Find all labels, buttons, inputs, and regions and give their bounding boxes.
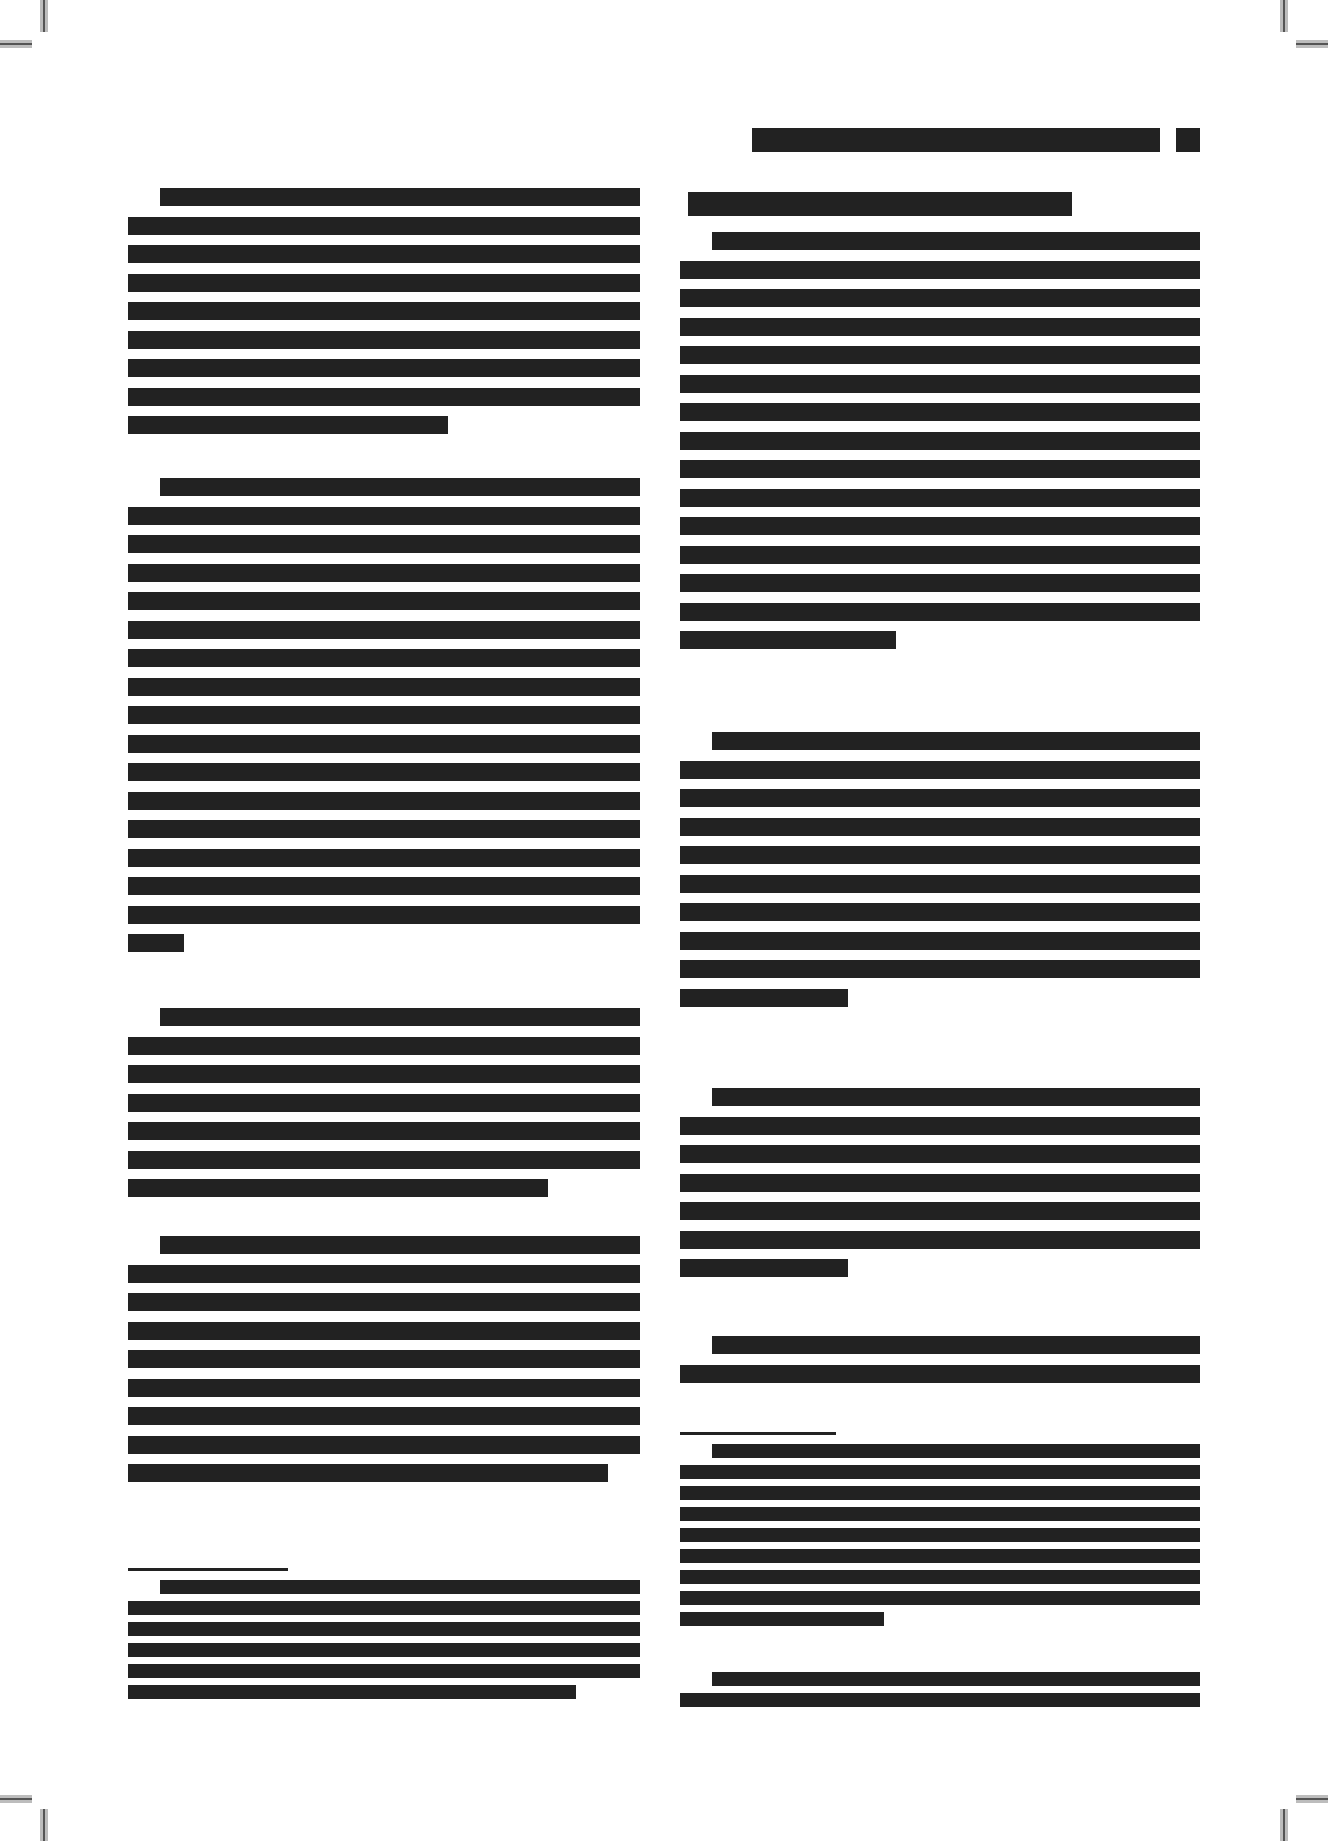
- redacted-text-line: [128, 906, 640, 924]
- redacted-text-line: [128, 1685, 576, 1699]
- redacted-text-line: [712, 232, 1200, 250]
- redacted-text-line: [680, 903, 1200, 921]
- crop-mark: [0, 1795, 32, 1803]
- redacted-text-line: [680, 875, 1200, 893]
- crop-mark: [1296, 1795, 1328, 1803]
- redacted-text-line: [128, 1179, 548, 1197]
- redacted-text-line: [128, 416, 448, 434]
- redacted-text-line: [680, 1259, 848, 1277]
- redacted-text-line: [128, 359, 640, 377]
- redacted-text-line: [128, 245, 640, 263]
- redacted-text-line: [128, 1601, 640, 1615]
- redacted-text-line: [128, 217, 640, 235]
- redacted-text-line: [128, 763, 640, 781]
- crop-mark: [1280, 0, 1288, 32]
- redacted-text-line: [680, 1465, 1200, 1479]
- redacted-text-line: [680, 1693, 1200, 1707]
- redacted-text-line: [128, 621, 640, 639]
- redacted-text-line: [680, 789, 1200, 807]
- redacted-text-line: [128, 1643, 640, 1657]
- crop-mark: [40, 0, 48, 32]
- redacted-text-line: [128, 792, 640, 810]
- redacted-text-line: [128, 1322, 640, 1340]
- redacted-text-line: [128, 849, 640, 867]
- redacted-text-line: [128, 735, 640, 753]
- redacted-text-line: [680, 960, 1200, 978]
- redacted-text-line: [680, 1528, 1200, 1542]
- redacted-text-line: [128, 1622, 640, 1636]
- redacted-text-line: [128, 507, 640, 525]
- redacted-text-line: [680, 1117, 1200, 1135]
- redacted-text-line: [128, 535, 640, 553]
- redacted-text-line: [680, 1549, 1200, 1563]
- redacted-text-line: [680, 1174, 1200, 1192]
- redacted-text-line: [680, 403, 1200, 421]
- redacted-text-line: [128, 1037, 640, 1055]
- redacted-text-line: [128, 678, 640, 696]
- redacted-text-line: [160, 1236, 640, 1254]
- redacted-text-line: [128, 1379, 640, 1397]
- crop-mark: [0, 40, 32, 48]
- redacted-text-line: [680, 546, 1200, 564]
- redacted-text-line: [128, 1293, 640, 1311]
- redacted-text-line: [128, 1664, 640, 1678]
- redacted-text-line: [128, 274, 640, 292]
- redacted-text-line: [680, 1202, 1200, 1220]
- footnote-rule: [128, 1568, 288, 1571]
- document-page: [0, 0, 1328, 1841]
- redacted-text-line: [680, 1231, 1200, 1249]
- footnote-rule: [680, 1432, 836, 1435]
- redacted-text-line: [712, 732, 1200, 750]
- redacted-text-line: [680, 1365, 1200, 1383]
- redacted-text-line: [128, 1065, 640, 1083]
- redacted-text-line: [680, 432, 1200, 450]
- redacted-text-line: [680, 603, 1200, 621]
- redacted-text-line: [680, 318, 1200, 336]
- redacted-text-line: [680, 346, 1200, 364]
- redacted-text-line: [128, 1094, 640, 1112]
- redacted-text-line: [680, 460, 1200, 478]
- redacted-text-line: [680, 261, 1200, 279]
- redacted-text-line: [680, 761, 1200, 779]
- redacted-text-line: [128, 649, 640, 667]
- redacted-text-line: [680, 846, 1200, 864]
- redacted-text-line: [712, 1088, 1200, 1106]
- crop-mark: [1296, 40, 1328, 48]
- redacted-text-line: [680, 1145, 1200, 1163]
- redacted-text-line: [680, 489, 1200, 507]
- redacted-text-line: [128, 388, 640, 406]
- redacted-text-line: [160, 188, 640, 206]
- redacted-text-line: [680, 574, 1200, 592]
- redacted-text-line: [680, 1486, 1200, 1500]
- redacted-text-line: [128, 1151, 640, 1169]
- redacted-text-line: [160, 1580, 640, 1594]
- redacted-text-line: [712, 1672, 1200, 1686]
- redacted-text-line: [680, 1570, 1200, 1584]
- redacted-text-line: [160, 478, 640, 496]
- crop-mark: [40, 1809, 48, 1841]
- redacted-text-line: [680, 375, 1200, 393]
- page-number: [1176, 128, 1200, 152]
- redacted-text-line: [680, 989, 848, 1007]
- redacted-text-line: [128, 877, 640, 895]
- redacted-text-line: [128, 1350, 640, 1368]
- crop-mark: [1280, 1809, 1288, 1841]
- redacted-text-line: [128, 820, 640, 838]
- redacted-text-line: [712, 1444, 1200, 1458]
- redacted-text-line: [680, 818, 1200, 836]
- section-heading: [688, 192, 1072, 216]
- redacted-text-line: [128, 934, 184, 952]
- redacted-text-line: [128, 1265, 640, 1283]
- redacted-text-line: [680, 1612, 884, 1626]
- running-header: [752, 128, 1160, 152]
- redacted-text-line: [128, 302, 640, 320]
- redacted-text-line: [680, 517, 1200, 535]
- redacted-text-line: [128, 1407, 640, 1425]
- redacted-text-line: [128, 706, 640, 724]
- redacted-text-line: [680, 631, 896, 649]
- redacted-text-line: [128, 1122, 640, 1140]
- redacted-text-line: [128, 564, 640, 582]
- redacted-text-line: [712, 1336, 1200, 1354]
- redacted-text-line: [160, 1008, 640, 1026]
- redacted-text-line: [680, 1507, 1200, 1521]
- redacted-text-line: [128, 1436, 640, 1454]
- redacted-text-line: [128, 592, 640, 610]
- redacted-text-line: [680, 1591, 1200, 1605]
- redacted-text-line: [680, 289, 1200, 307]
- redacted-text-line: [128, 331, 640, 349]
- redacted-text-line: [128, 1464, 608, 1482]
- redacted-text-line: [680, 932, 1200, 950]
